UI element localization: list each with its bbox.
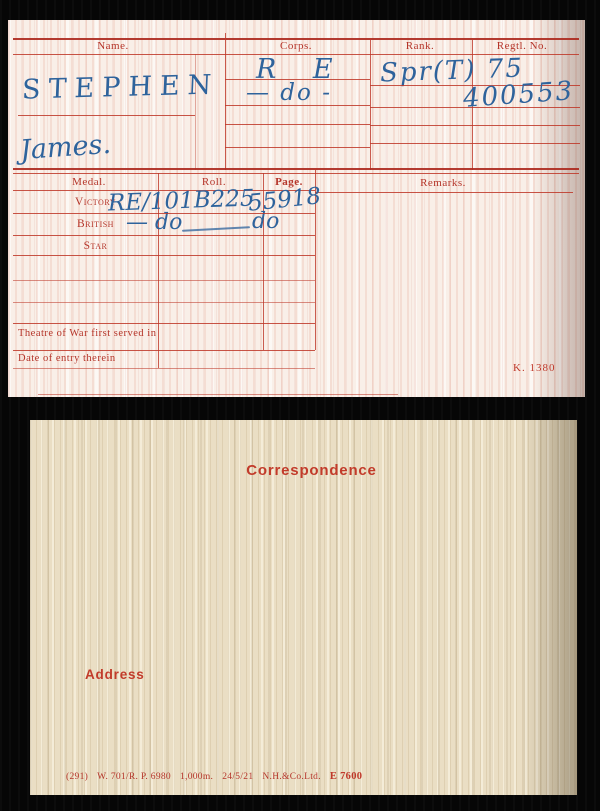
rule-h xyxy=(13,302,315,303)
rule-h xyxy=(13,213,315,214)
rule-h xyxy=(370,125,580,126)
imprint-batch: (291) xyxy=(66,772,88,782)
printer-imprint-line: (291) W. 701/R. P. 6980 1,000m. 24/5/21 … xyxy=(66,771,362,782)
imprint-printer: N.H.&Co.Ltd. xyxy=(262,772,321,782)
rule-h xyxy=(13,235,315,236)
medal-row-star-label: Star xyxy=(48,240,143,252)
rule-h xyxy=(13,280,315,281)
corps-column-header: Corps. xyxy=(246,40,346,52)
form-code-k1380: K. 1380 xyxy=(513,362,555,374)
imprint-date: 24/5/21 xyxy=(222,772,253,782)
rule-h xyxy=(18,115,195,116)
rule-h xyxy=(13,255,315,256)
rule-h xyxy=(225,105,370,106)
address-label: Address xyxy=(85,667,145,682)
theatre-of-war-label: Theatre of War first served in xyxy=(18,328,168,339)
medal-index-card-back: Correspondence Address (291) W. 701/R. P… xyxy=(30,420,577,795)
medal-index-card-front: Name. Corps. Rank. Regtl. No. STEPHEN Ja… xyxy=(8,20,585,397)
medal-column-header: Medal. xyxy=(39,176,139,188)
imprint-quantity: 1,000m. xyxy=(180,772,213,782)
name-column-header: Name. xyxy=(63,40,163,52)
surname-handwriting: STEPHEN xyxy=(21,71,219,103)
rule-h xyxy=(13,368,315,369)
regtl-no-column-header: Regtl. No. xyxy=(472,40,572,52)
rule-h xyxy=(13,323,315,324)
remarks-column-header: Remarks. xyxy=(393,177,493,189)
corps-ditto-handwriting: — do - xyxy=(246,82,332,105)
rule-h xyxy=(225,124,370,125)
british-page-ditto-handwriting: do xyxy=(252,211,279,233)
rule-h xyxy=(370,143,580,144)
scanned-medal-card-page: { "top_card": { "headers": { "name": "Na… xyxy=(0,0,600,811)
date-of-entry-label: Date of entry therein xyxy=(18,353,168,364)
correspondence-title: Correspondence xyxy=(38,462,585,479)
rule-v xyxy=(225,33,226,170)
forename-handwriting: James. xyxy=(19,131,112,164)
rule-h xyxy=(370,107,580,108)
card-bottom-edge xyxy=(38,394,398,395)
rule-h xyxy=(315,192,573,193)
rule-h xyxy=(13,173,579,174)
rank-column-header: Rank. xyxy=(370,40,470,52)
rule-h xyxy=(225,147,370,148)
rule-v xyxy=(370,38,371,170)
ink-stroke xyxy=(182,226,250,232)
british-roll-ditto-handwriting: — do xyxy=(126,212,182,234)
form-code-e7600: E 7600 xyxy=(330,771,362,782)
rule-h xyxy=(13,350,315,351)
rule-h xyxy=(13,168,579,170)
imprint-form-ref: W. 701/R. P. 6980 xyxy=(97,772,171,782)
